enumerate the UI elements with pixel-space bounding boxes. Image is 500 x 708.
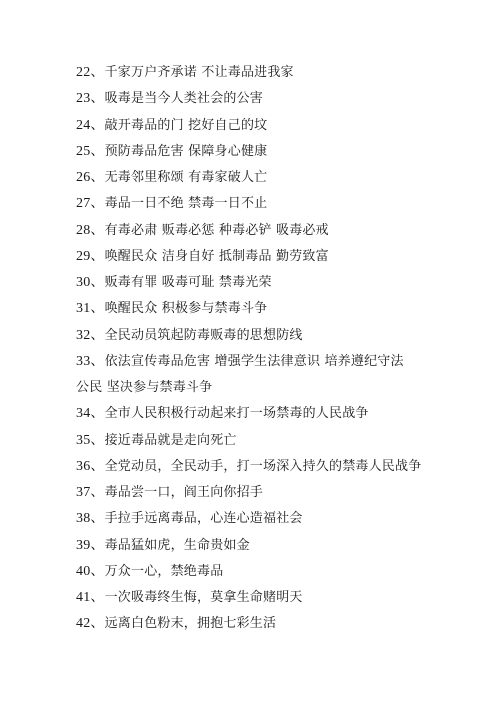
slogan-line: 34、全市人民积极行动起来打一场禁毒的人民战争 [76, 404, 486, 430]
line-text: 唤醒民众 洁身自好 抵制毒品 勤劳致富 [105, 249, 329, 264]
slogan-line: 42、远离白色粉末，拥抱七彩生活 [76, 614, 486, 640]
line-number: 34、 [76, 406, 105, 421]
line-number: 22、 [76, 65, 105, 80]
line-text: 毒品一日不绝 禁毒一日不止 [105, 196, 268, 211]
line-number: 35、 [76, 433, 105, 448]
line-number: 25、 [76, 144, 105, 159]
line-number: 42、 [76, 616, 105, 631]
slogan-line-continued: 公民 坚决参与禁毒斗争 [76, 378, 486, 404]
line-number: 33、 [76, 354, 105, 369]
slogan-line: 40、万众一心，禁绝毒品 [76, 562, 486, 588]
line-text: 远离白色粉末，拥抱七彩生活 [105, 616, 277, 631]
line-text: 有毒必肃 贩毒必惩 种毒必铲 吸毒必戒 [105, 223, 329, 238]
line-number: 32、 [76, 328, 105, 343]
line-number: 28、 [76, 223, 105, 238]
line-text: 毒品尝一口，阎王向你招手 [105, 485, 263, 500]
line-text: 公民 坚决参与禁毒斗争 [76, 380, 212, 395]
line-number: 24、 [76, 118, 105, 133]
line-number: 39、 [76, 538, 105, 553]
slogan-line: 24、敲开毒品的门 挖好自己的坟 [76, 116, 486, 142]
slogan-line: 32、全民动员筑起防毒贩毒的思想防线 [76, 326, 486, 352]
line-text: 全民动员筑起防毒贩毒的思想防线 [105, 328, 303, 343]
line-text: 手拉手远离毒品，心连心造福社会 [105, 511, 303, 526]
slogan-line: 30、贩毒有罪 吸毒可耻 禁毒光荣 [76, 273, 486, 299]
slogan-line: 27、毒品一日不绝 禁毒一日不止 [76, 194, 486, 220]
line-text: 唤醒民众 积极参与禁毒斗争 [105, 301, 268, 316]
line-number: 36、 [76, 459, 105, 474]
slogan-line: 26、无毒邻里称颂 有毒家破人亡 [76, 168, 486, 194]
line-number: 23、 [76, 91, 105, 106]
slogan-line: 22、千家万户齐承诺 不让毒品进我家 [76, 63, 486, 89]
slogan-line: 39、毒品猛如虎，生命贵如金 [76, 536, 486, 562]
line-text: 无毒邻里称颂 有毒家破人亡 [105, 170, 268, 185]
line-number: 31、 [76, 301, 105, 316]
line-number: 26、 [76, 170, 105, 185]
slogan-line: 28、有毒必肃 贩毒必惩 种毒必铲 吸毒必戒 [76, 221, 486, 247]
line-text: 预防毒品危害 保障身心健康 [105, 144, 268, 159]
line-text: 全市人民积极行动起来打一场禁毒的人民战争 [105, 406, 369, 421]
line-number: 38、 [76, 511, 105, 526]
slogan-line: 33、依法宣传毒品危害 增强学生法律意识 培养遵纪守法 [76, 352, 486, 378]
line-text: 吸毒是当今人类社会的公害 [105, 91, 263, 106]
line-number: 29、 [76, 249, 105, 264]
slogan-line: 37、毒品尝一口，阎王向你招手 [76, 483, 486, 509]
line-text: 万众一心，禁绝毒品 [105, 564, 224, 579]
line-number: 40、 [76, 564, 105, 579]
line-text: 接近毒品就是走向死亡 [105, 433, 237, 448]
line-text: 贩毒有罪 吸毒可耻 禁毒光荣 [105, 275, 272, 290]
line-number: 30、 [76, 275, 105, 290]
line-number: 37、 [76, 485, 105, 500]
line-number: 27、 [76, 196, 105, 211]
slogan-list: 22、千家万户齐承诺 不让毒品进我家 23、吸毒是当今人类社会的公害 24、敲开… [76, 63, 486, 641]
slogan-line: 25、预防毒品危害 保障身心健康 [76, 142, 486, 168]
slogan-line: 31、唤醒民众 积极参与禁毒斗争 [76, 299, 486, 325]
slogan-line: 23、吸毒是当今人类社会的公害 [76, 89, 486, 115]
slogan-line: 29、唤醒民众 洁身自好 抵制毒品 勤劳致富 [76, 247, 486, 273]
line-text: 一次吸毒终生悔，莫拿生命赌明天 [105, 590, 303, 605]
line-text: 敲开毒品的门 挖好自己的坟 [105, 118, 268, 133]
line-text: 毒品猛如虎，生命贵如金 [105, 538, 250, 553]
slogan-line: 38、手拉手远离毒品，心连心造福社会 [76, 509, 486, 535]
slogan-line: 36、全党动员，全民动手，打一场深入持久的禁毒人民战争 [76, 457, 486, 483]
line-text: 依法宣传毒品危害 增强学生法律意识 培养遵纪守法 [105, 354, 404, 369]
line-text: 千家万户齐承诺 不让毒品进我家 [105, 65, 294, 80]
line-text: 全党动员，全民动手，打一场深入持久的禁毒人民战争 [105, 459, 422, 474]
line-number: 41、 [76, 590, 105, 605]
slogan-line: 35、接近毒品就是走向死亡 [76, 431, 486, 457]
slogan-line: 41、一次吸毒终生悔，莫拿生命赌明天 [76, 588, 486, 614]
